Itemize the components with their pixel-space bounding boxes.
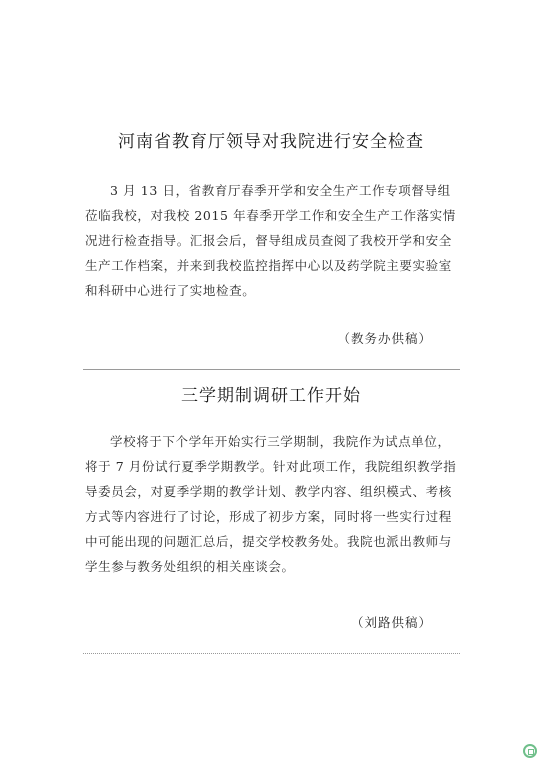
body-line: 方式等内容进行了讨论，形成了初步方案，同时将一些实行过程 [85, 504, 460, 529]
body-line: 学生参与教务处组织的相关座谈会。 [85, 554, 460, 579]
section-divider [83, 653, 460, 655]
body-line: 中可能出现的问题汇总后，提交学校教务处。我院也派出教师与 [85, 529, 460, 554]
body-line: 生产工作档案，并来到我校监控指挥中心以及药学院主要实验室 [85, 253, 460, 278]
article-body: 学校将于下个学年开始实行三学期制，我院作为试点单位， 将于 7 月份试行夏季学期… [85, 429, 460, 579]
article-title: 三学期制调研工作开始 [0, 381, 542, 406]
article-body: 3 月 13 日，省教育厅春季开学和安全生产工作专项督导组 莅临我校，对我校 2… [85, 178, 460, 303]
section-divider [83, 369, 460, 370]
article-credit: （教务办供稿） [337, 329, 432, 347]
body-line: 莅临我校，对我校 2015 年春季开学工作和安全生产工作落实情 [85, 203, 460, 228]
body-line: 和科研中心进行了实地检查。 [85, 278, 460, 303]
article-credit: （刘路供稿） [351, 613, 432, 631]
body-line: 学校将于下个学年开始实行三学期制，我院作为试点单位， [85, 429, 460, 454]
body-line: 导委员会，对夏季学期的教学计划、教学内容、组织模式、考核 [85, 479, 460, 504]
body-line: 况进行检查指导。汇报会后，督导组成员查阅了我校开学和安全 [85, 228, 460, 253]
article-title: 河南省教育厅领导对我院进行安全检查 [0, 127, 542, 152]
seal-icon [523, 744, 537, 758]
body-line: 将于 7 月份试行夏季学期教学。针对此项工作，我院组织教学指 [85, 454, 460, 479]
body-line: 3 月 13 日，省教育厅春季开学和安全生产工作专项督导组 [85, 178, 460, 203]
